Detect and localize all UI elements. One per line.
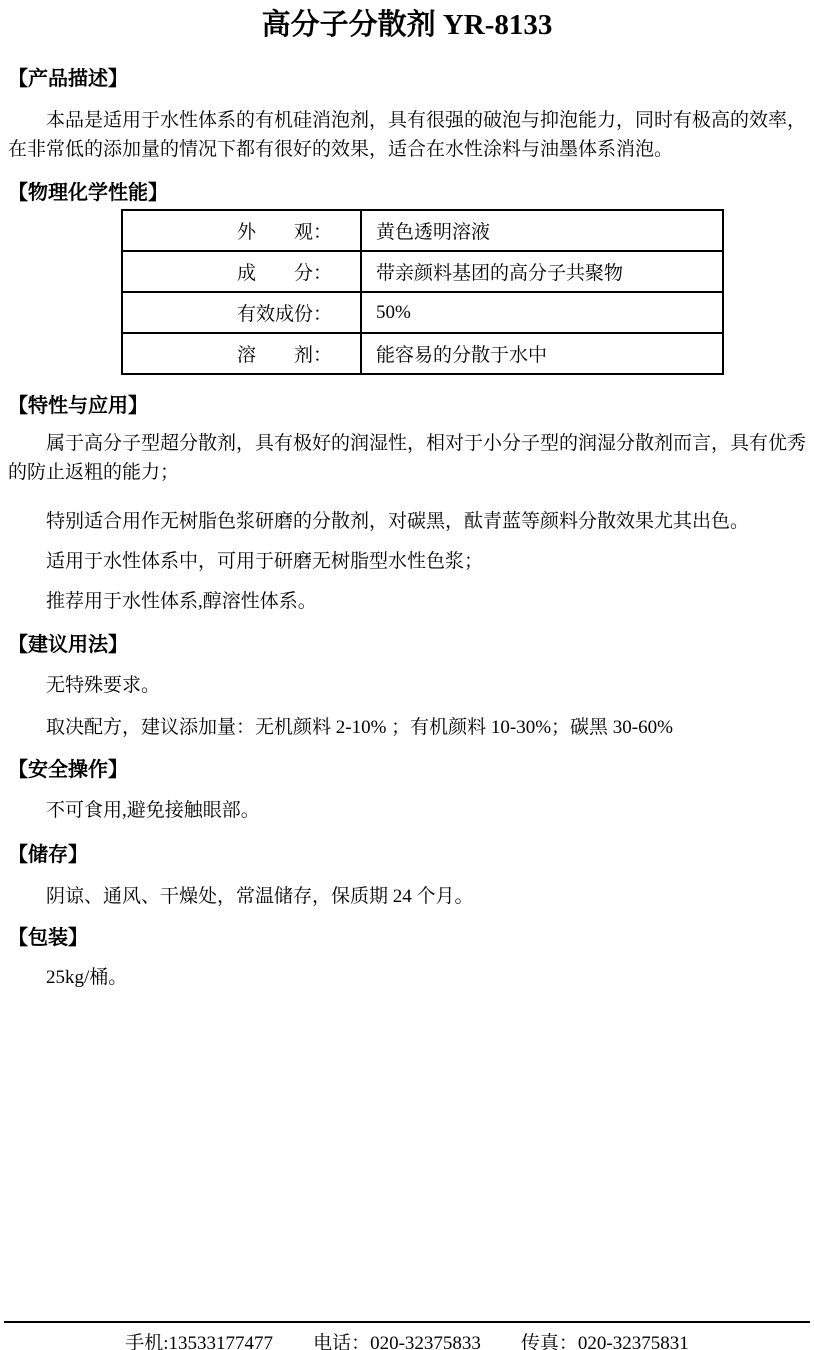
section-heading-packaging: 【包装】 [8,925,806,951]
footer-mobile: 手机:13533177477 [125,1328,273,1350]
storage-paragraph: 阴谅、通风、干燥处，常温储存，保质期 24 个月。 [8,882,806,911]
footer-fax: 传真：020-32375831 [521,1328,689,1350]
section-heading-storage: 【储存】 [8,842,806,868]
safety-paragraph: 不可食用,避免接触眼部。 [8,796,806,825]
table-value-solvent: 能容易的分散于水中 [361,333,723,374]
table-row-active-content: 有效成份： 50% [122,292,723,333]
table-row-composition: 成 分： 带亲颜料基团的高分子共聚物 [122,251,723,292]
table-label-composition: 成 分： [122,251,361,292]
table-value-active-content: 50% [361,292,723,333]
section-heading-usage: 【建议用法】 [8,632,806,658]
footer-divider: 手机:13533177477 电话：020-32375833 传真：020-32… [4,1321,810,1350]
footer-phone: 电话：020-32375833 [313,1328,481,1350]
table-value-composition: 带亲颜料基团的高分子共聚物 [361,251,723,292]
features-paragraph-2: 特别适合用作无树脂色浆研磨的分散剂，对碳黑，酞青蓝等颜料分散效果尤其出色。 [8,507,806,536]
physchem-properties-table: 外 观： 黄色透明溶液 成 分： 带亲颜料基团的高分子共聚物 有效成份： 50%… [121,209,724,375]
page-title: 高分子分散剂 YR-8133 [0,0,814,44]
document-page: 高分子分散剂 YR-8133 【产品描述】 本品是适用于水性体系的有机硅消泡剂，… [0,0,814,1350]
table-row-solvent: 溶 剂： 能容易的分散于水中 [122,333,723,374]
section-heading-product-desc: 【产品描述】 [8,66,806,92]
table-label-solvent: 溶 剂： [122,333,361,374]
usage-paragraph-2: 取决配方，建议添加量：无机颜料 2-10% ；有机颜料 10-30%；碳黑 30… [8,713,806,742]
product-desc-paragraph: 本品是适用于水性体系的有机硅消泡剂，具有很强的破泡与抑泡能力，同时有极高的效率，… [8,106,806,164]
table-label-appearance: 外 观： [122,210,361,251]
packaging-paragraph: 25kg/桶。 [8,963,806,992]
footer-contact-row: 手机:13533177477 电话：020-32375833 传真：020-32… [4,1323,810,1350]
section-heading-physchem: 【物理化学性能】 [8,180,806,206]
usage-paragraph-1: 无特殊要求。 [8,671,806,700]
features-paragraph-4: 推荐用于水性体系,醇溶性体系。 [8,587,806,616]
section-heading-safety: 【安全操作】 [8,757,806,783]
table-row-appearance: 外 观： 黄色透明溶液 [122,210,723,251]
table-value-appearance: 黄色透明溶液 [361,210,723,251]
section-heading-features: 【特性与应用】 [8,393,806,419]
table-label-active-content: 有效成份： [122,292,361,333]
features-paragraph-1: 属于高分子型超分散剂，具有极好的润湿性，相对于小分子型的润湿分散剂而言，具有优秀… [8,429,806,487]
features-paragraph-3: 适用于水性体系中，可用于研磨无树脂型水性色浆； [8,547,806,576]
